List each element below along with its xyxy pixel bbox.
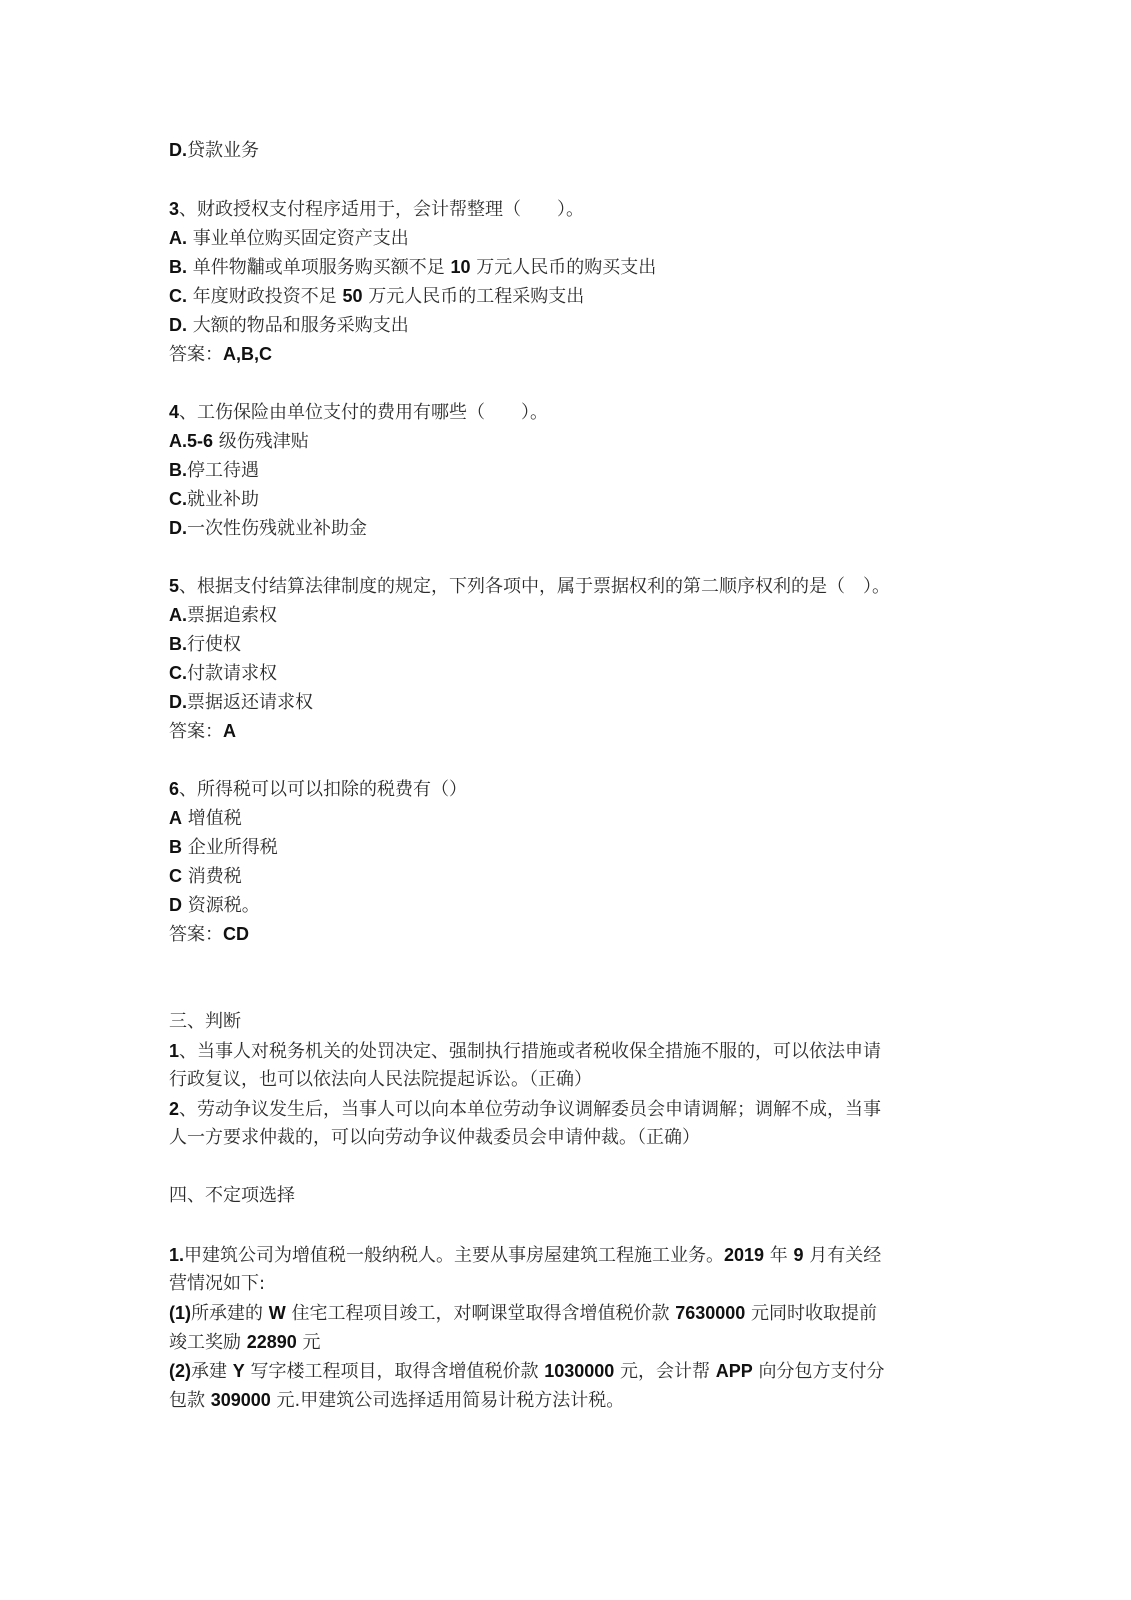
case1-line1: 1.甲建筑公司为增值税一般纳税人。主要从事房屋建筑工程施工业务。2019 年 9… bbox=[169, 1242, 881, 1269]
answer-value: A bbox=[223, 721, 236, 741]
option-label: D. bbox=[169, 315, 187, 335]
answer-label: 答案： bbox=[169, 344, 223, 365]
answer-label: 答案： bbox=[169, 924, 223, 945]
option-label: A bbox=[169, 808, 182, 828]
option-text: 消费税 bbox=[182, 866, 242, 887]
case1-item1-line1: (1)所承建的 W 住宅工程项目竣工，对啊课堂取得含增值税价款 7630000 … bbox=[169, 1300, 877, 1327]
judgment-2-line2: 人一方要求仲裁的，可以向劳动争议仲裁委员会申请仲裁。（正确） bbox=[169, 1125, 700, 1151]
item-text: 元 bbox=[297, 1332, 321, 1353]
q6-option-d: D 资源税。 bbox=[169, 892, 260, 919]
item-app: APP bbox=[716, 1361, 753, 1381]
option-text: 就业补助 bbox=[187, 489, 259, 510]
item-text: 元同时收取提前 bbox=[745, 1303, 877, 1324]
judgment-1-line1: 1、当事人对税务机关的处罚决定、强制执行措施或者税收保全措施不服的，可以依法申请 bbox=[169, 1038, 881, 1065]
option-text: 付款请求权 bbox=[187, 663, 277, 684]
case1-item2-line2: 包款 309000 元.甲建筑公司选择适用简易计税方法计税。 bbox=[169, 1387, 624, 1414]
case-year: 2019 bbox=[724, 1245, 764, 1265]
case-text: 月有关经 bbox=[804, 1245, 882, 1266]
item-amount: 22890 bbox=[247, 1332, 297, 1352]
option-label: B. bbox=[169, 460, 187, 480]
case1-item2-line1: (2)承建 Y 写字楼工程项目，取得含增值税价款 1030000 元，会计帮 A… bbox=[169, 1358, 884, 1385]
item-number: 1 bbox=[169, 1041, 179, 1061]
q3-stem: 3、财政授权支付程序适用于，会计帮整理（ ）。 bbox=[169, 196, 584, 223]
q6-stem: 6、所得税可以可以扣除的税费有（） bbox=[169, 776, 467, 803]
question-number: 4 bbox=[169, 402, 179, 422]
question-text: 、工伤保险由单位支付的费用有哪些（ ）。 bbox=[179, 402, 548, 423]
q4-option-b: B.停工待遇 bbox=[169, 457, 259, 484]
item-code: Y bbox=[233, 1361, 245, 1381]
question-number: 3 bbox=[169, 199, 179, 219]
q6-answer: 答案：CD bbox=[169, 921, 249, 948]
q5-answer: 答案：A bbox=[169, 718, 236, 745]
item-text: 向分包方支付分 bbox=[753, 1361, 885, 1382]
option-label: C. bbox=[169, 663, 187, 683]
answer-value: CD bbox=[223, 924, 249, 944]
option-text: 票据返还请求权 bbox=[187, 692, 313, 713]
option-text: 万元人民币的购买支出 bbox=[470, 257, 656, 278]
q3-option-c: C. 年度财政投资不足 50 万元人民币的工程采购支出 bbox=[169, 283, 584, 310]
q5-option-a: A.票据追索权 bbox=[169, 602, 277, 629]
q2-option-d: D.贷款业务 bbox=[169, 137, 259, 164]
item-text: 包款 bbox=[169, 1390, 211, 1411]
option-label: B. bbox=[169, 634, 187, 654]
case1-line2: 营情况如下: bbox=[169, 1271, 265, 1297]
question-number: 6 bbox=[169, 779, 179, 799]
answer-value: A,B,C bbox=[223, 344, 272, 364]
q6-option-b: B 企业所得税 bbox=[169, 834, 278, 861]
option-text: 贷款业务 bbox=[187, 140, 259, 161]
option-label: C bbox=[169, 866, 182, 886]
q5-stem: 5、根据支付结算法律制度的规定，下列各项中，属于票据权利的第二顺序权利的是（ ）… bbox=[169, 573, 890, 600]
case-month: 9 bbox=[794, 1245, 804, 1265]
option-label: A. bbox=[169, 605, 187, 625]
item-amount: 1030000 bbox=[544, 1361, 614, 1381]
question-text: 、根据支付结算法律制度的规定，下列各项中，属于票据权利的第二顺序权利的是（ ）。 bbox=[179, 576, 890, 597]
q5-option-b: B.行使权 bbox=[169, 631, 241, 658]
q6-option-a: A 增值税 bbox=[169, 805, 242, 832]
q4-option-a: A.5-6 级伤残津贴 bbox=[169, 428, 309, 455]
q4-option-d: D.一次性伤残就业补助金 bbox=[169, 515, 367, 542]
option-text: 单件物黼或单项服务购买额不足 bbox=[187, 257, 450, 278]
section3-title: 三、判断 bbox=[169, 1009, 241, 1035]
question-text: 、财政授权支付程序适用于，会计帮整理（ ）。 bbox=[179, 199, 584, 220]
option-text: 行使权 bbox=[187, 634, 241, 655]
q3-answer: 答案：A,B,C bbox=[169, 341, 272, 368]
option-label: A. bbox=[169, 228, 187, 248]
case-text: 年 bbox=[764, 1245, 793, 1266]
item-text: 、当事人对税务机关的处罚决定、强制执行措施或者税收保全措施不服的，可以依法申请 bbox=[179, 1041, 881, 1062]
item-text: 元，会计帮 bbox=[614, 1361, 715, 1382]
item-label: (2) bbox=[169, 1361, 191, 1381]
q4-option-c: C.就业补助 bbox=[169, 486, 259, 513]
option-label: B. bbox=[169, 257, 187, 277]
option-label: A.5-6 bbox=[169, 431, 213, 451]
q5-option-d: D.票据返还请求权 bbox=[169, 689, 313, 716]
option-text: 万元人民币的工程采购支出 bbox=[362, 286, 584, 307]
option-label: D. bbox=[169, 518, 187, 538]
case1-item1-line2: 竣工奖励 22890 元 bbox=[169, 1329, 321, 1356]
option-label: D bbox=[169, 895, 182, 915]
option-number: 10 bbox=[450, 257, 470, 277]
option-number: 50 bbox=[342, 286, 362, 306]
case-number: 1. bbox=[169, 1245, 184, 1265]
item-amount: 309000 bbox=[211, 1390, 271, 1410]
option-text: 增值税 bbox=[182, 808, 242, 829]
option-label: C. bbox=[169, 489, 187, 509]
item-text: 所承建的 bbox=[191, 1303, 269, 1324]
option-label: B bbox=[169, 837, 182, 857]
item-label: (1) bbox=[169, 1303, 191, 1323]
section4-title: 四、不定项选择 bbox=[169, 1183, 295, 1209]
option-text: 资源税。 bbox=[182, 895, 260, 916]
item-text: 写字楼工程项目，取得含增值税价款 bbox=[245, 1361, 544, 1382]
judgment-2-line1: 2、劳动争议发生后，当事人可以向本单位劳动争议调解委员会申请调解；调解不成，当事 bbox=[169, 1096, 881, 1123]
case-text: 甲建筑公司为增值税一般纳税人。主要从事房屋建筑工程施工业务。 bbox=[184, 1245, 724, 1266]
item-text: 、劳动争议发生后，当事人可以向本单位劳动争议调解委员会申请调解；调解不成，当事 bbox=[179, 1099, 881, 1120]
item-number: 2 bbox=[169, 1099, 179, 1119]
item-text: 住宅工程项目竣工，对啊课堂取得含增值税价款 bbox=[286, 1303, 675, 1324]
q3-option-a: A. 事业单位购买固定资产支出 bbox=[169, 225, 409, 252]
option-text: 一次性伤残就业补助金 bbox=[187, 518, 367, 539]
document-page: D.贷款业务 3、财政授权支付程序适用于，会计帮整理（ ）。 A. 事业单位购买… bbox=[0, 0, 1131, 1600]
judgment-1-line2: 行政复议，也可以依法向人民法院提起诉讼。（正确） bbox=[169, 1067, 592, 1093]
q4-stem: 4、工伤保险由单位支付的费用有哪些（ ）。 bbox=[169, 399, 548, 426]
option-text: 级伤残津贴 bbox=[213, 431, 309, 452]
item-text: 元.甲建筑公司选择适用简易计税方法计税。 bbox=[271, 1390, 624, 1411]
q6-option-c: C 消费税 bbox=[169, 863, 242, 890]
q3-option-b: B. 单件物黼或单项服务购买额不足 10 万元人民币的购买支出 bbox=[169, 254, 656, 281]
option-text: 事业单位购买固定资产支出 bbox=[187, 228, 409, 249]
question-number: 5 bbox=[169, 576, 179, 596]
item-code: W bbox=[269, 1303, 286, 1323]
question-text: 、所得税可以可以扣除的税费有（） bbox=[179, 779, 467, 800]
item-text: 承建 bbox=[191, 1361, 233, 1382]
option-text: 大额的物品和服务采购支出 bbox=[187, 315, 409, 336]
option-text: 票据追索权 bbox=[187, 605, 277, 626]
q5-option-c: C.付款请求权 bbox=[169, 660, 277, 687]
option-text: 停工待遇 bbox=[187, 460, 259, 481]
item-amount: 7630000 bbox=[675, 1303, 745, 1323]
answer-label: 答案： bbox=[169, 721, 223, 742]
option-label: D. bbox=[169, 140, 187, 160]
item-text: 竣工奖励 bbox=[169, 1332, 247, 1353]
option-label: D. bbox=[169, 692, 187, 712]
option-text: 年度财政投资不足 bbox=[187, 286, 342, 307]
option-text: 企业所得税 bbox=[182, 837, 278, 858]
q3-option-d: D. 大额的物品和服务采购支出 bbox=[169, 312, 409, 339]
option-label: C. bbox=[169, 286, 187, 306]
